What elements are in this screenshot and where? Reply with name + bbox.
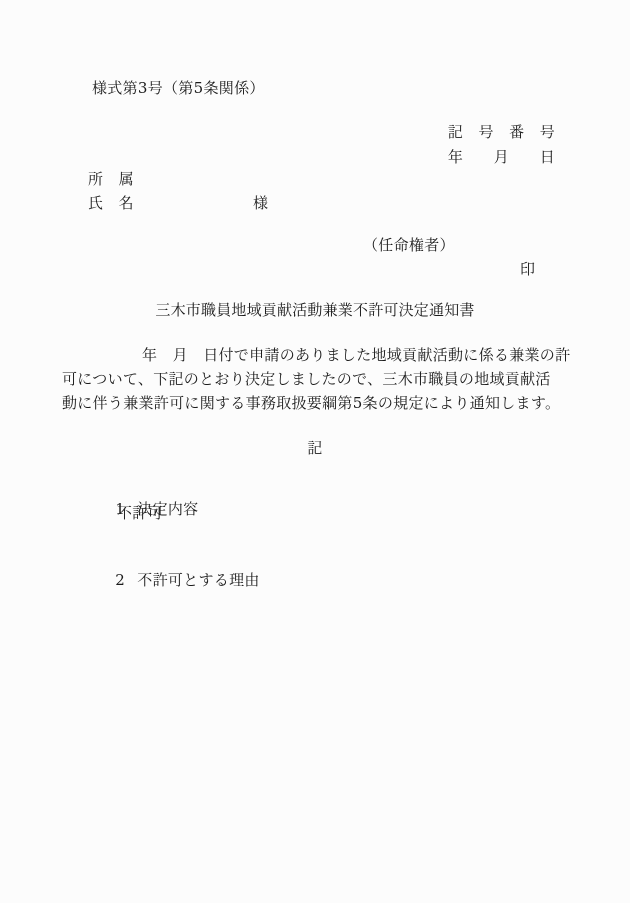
honorific-sama: 様 bbox=[253, 194, 268, 213]
seal-mark: 印 bbox=[520, 260, 535, 279]
item-2-label: 不許可とする理由 bbox=[137, 571, 259, 589]
item-1-value: 不許可 bbox=[117, 504, 163, 523]
body-paragraph-line-2: 可について、下記のとおり決定しましたので、三木市職員の地域貢献活 bbox=[62, 370, 551, 389]
appointing-authority-label: （任命権者） bbox=[363, 236, 455, 255]
reference-number-line: 記 号 番 号 bbox=[448, 123, 555, 142]
body-paragraph-line-3: 動に伴う兼業許可に関する事務取扱要綱第5条の規定により通知します。 bbox=[62, 394, 560, 413]
document-title: 三木市職員地域貢献活動兼業不許可決定通知書 bbox=[0, 301, 630, 320]
affiliation-label: 所 属 bbox=[88, 170, 134, 189]
list-item-2: 2不許可とする理由 bbox=[95, 552, 260, 609]
item-2-number: 2 bbox=[115, 571, 137, 590]
record-marker: 記 bbox=[0, 439, 630, 458]
name-label: 氏 名 bbox=[88, 194, 134, 213]
document-page: 様式第3号（第5条関係） 記 号 番 号 年 月 日 所 属 氏 名 様 （任命… bbox=[0, 0, 630, 903]
date-line: 年 月 日 bbox=[448, 148, 555, 167]
form-number: 様式第3号（第5条関係） bbox=[92, 79, 265, 98]
body-paragraph-line-1: 年 月 日付で申請のありました地域貢献活動に係る兼業の許 bbox=[62, 346, 570, 365]
